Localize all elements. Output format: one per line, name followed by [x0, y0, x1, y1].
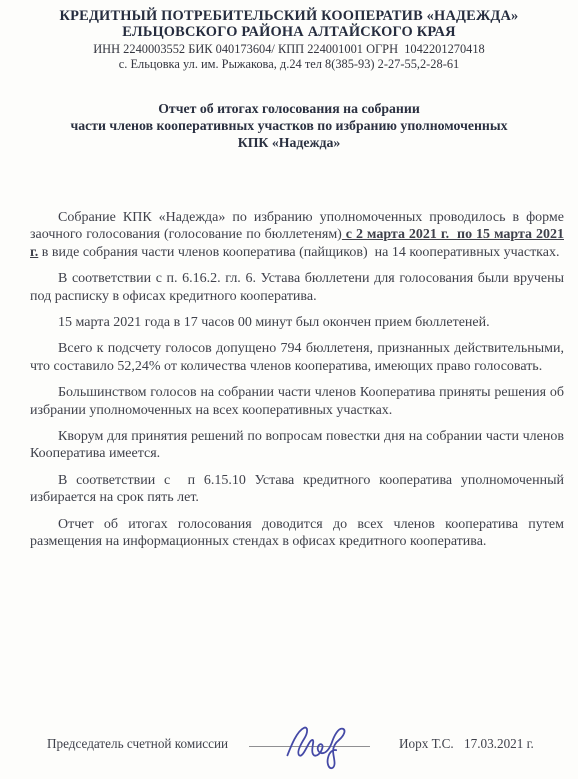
signature-line — [249, 724, 370, 747]
signature-name: Иорх Т.С. — [399, 736, 454, 752]
document-body: Собрание КПК «Надежда» по избранию уполн… — [0, 209, 578, 551]
document-title: Отчет об итогах голосования на собрании … — [0, 100, 578, 151]
paragraph-8: Отчет об итогах голосования доводится до… — [30, 516, 564, 551]
title-line3: КПК «Надежда» — [0, 134, 578, 151]
document-page: КРЕДИТНЫЙ ПОТРЕБИТЕЛЬСКИЙ КООПЕРАТИВ «НА… — [0, 0, 578, 779]
letterhead: КРЕДИТНЫЙ ПОТРЕБИТЕЛЬСКИЙ КООПЕРАТИВ «НА… — [0, 0, 578, 72]
signature-block: Председатель счетной комиссии Иорх Т.С. … — [0, 722, 578, 778]
paragraph-2: В соответствии с п. 6.16.2. гл. 6. Устав… — [30, 270, 564, 305]
org-address: с. Ельцовка ул. им. Рыжакова, д.24 тел 8… — [0, 57, 578, 72]
title-line1: Отчет об итогах голосования на собрании — [0, 100, 578, 117]
org-requisites: ИНН 2240003552 БИК 040173604/ КПП 224001… — [0, 42, 578, 57]
title-line2: части членов кооперативных участков по и… — [0, 117, 578, 134]
paragraph-1-text-after: в виде собрания части членов кооператива… — [38, 245, 559, 260]
signature-date: 17.03.2021 г. — [464, 736, 534, 752]
paragraph-3: 15 марта 2021 года в 17 часов 00 минут б… — [30, 314, 564, 331]
signature-role-label: Председатель счетной комиссии — [47, 736, 228, 752]
paragraph-6: Кворум для принятия решений по вопросам … — [30, 428, 564, 463]
paragraph-4: Всего к подсчету голосов допущено 794 бю… — [30, 340, 564, 375]
org-name-line2: ЕЛЬЦОВСКОГО РАЙОНА АЛТАЙСКОГО КРАЯ — [0, 24, 578, 40]
paragraph-1: Собрание КПК «Надежда» по избранию уполн… — [30, 209, 564, 261]
paragraph-5: Большинством голосов на собрании части ч… — [30, 384, 564, 419]
paragraph-7: В соответствии с п 6.15.10 Устава кредит… — [30, 472, 564, 507]
org-name-line1: КРЕДИТНЫЙ ПОТРЕБИТЕЛЬСКИЙ КООПЕРАТИВ «НА… — [0, 8, 578, 24]
